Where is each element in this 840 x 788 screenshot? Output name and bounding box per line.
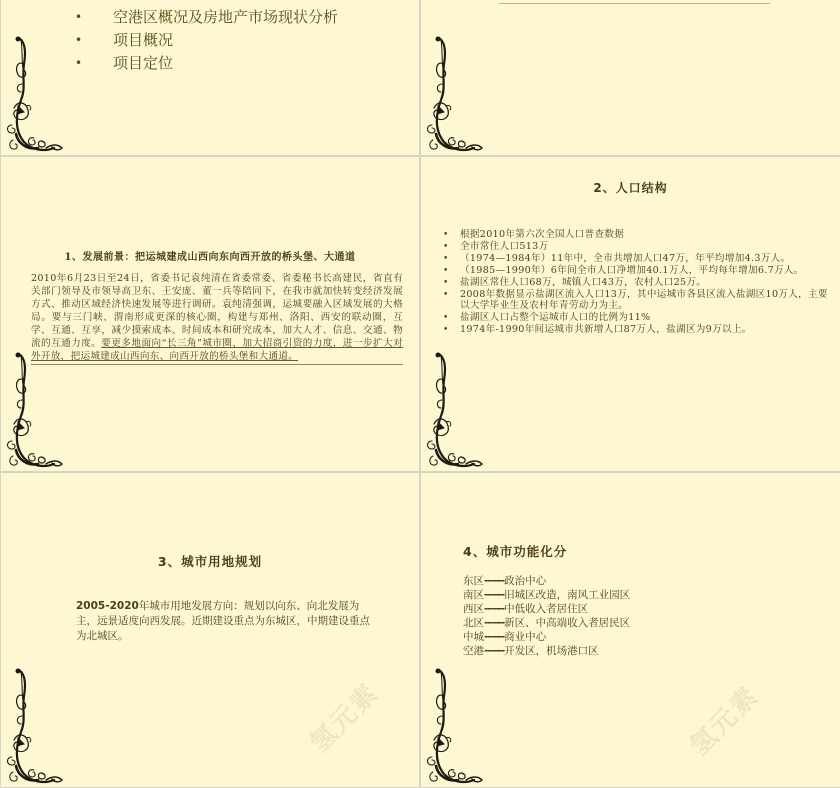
zone-name: 南区 [463,589,484,601]
list-item: •（1974—1984年）11年中，全市共增加人口47万，年平均增加4.3万人。 [443,254,835,265]
list-item-text: 2008年数据显示盐湖区流入人口13万，其中运城市各县区流入盐湖区10万人，主要… [460,290,835,311]
year-range: 2005-2020 [76,600,139,612]
bullet-icon: • [75,56,113,70]
slide-4-population[interactable]: 2、人口结构 •根据2010年第六次全国人口普查数据 •全市常住人口513万 •… [421,157,840,471]
zone-item: 中城------商业中心 [463,630,630,644]
list-item-text: 根据2010年第六次全国人口普查数据 [460,230,624,241]
corner-flourish-icon [4,30,64,155]
list-item: •（1985—1990年）6年间全市人口净增加40.1万人，平均每年增加6.7万… [443,266,835,277]
zone-desc: 新区、中高端收入者居民区 [504,617,630,629]
bullet-icon: • [443,230,460,241]
zone-separator: ------ [484,603,504,615]
bullet-icon: • [443,266,460,277]
zone-item: 南区------旧城区改造，南风工业园区 [463,588,630,602]
list-item-text: 1974年-1990年间运城市共新增人口87万人，盐湖区为9万以上。 [460,325,752,336]
list-item: •2008年数据显示盐湖区流入人口13万，其中运城市各县区流入盐湖区10万人，主… [443,290,835,311]
toc-item: • 项目定位 [75,51,338,74]
corner-flourish-icon [4,346,64,471]
corner-flourish-icon [424,346,484,471]
bullet-icon: • [443,254,460,265]
zone-separator: ------ [484,617,504,629]
toc-item-label: 空港区概况及房地产市场现状分析 [113,6,338,27]
zone-item: 空港------开发区，机场港口区 [463,644,630,658]
slide-5-land-planning[interactable]: 3、城市用地规划 2005-2020年城市用地发展方向：规划以向东、向北发展为主… [1,473,419,787]
divider-line [499,3,770,4]
bullet-icon: • [443,290,460,311]
toc-item-label: 项目概况 [113,29,173,50]
zone-desc: 政治中心 [504,575,546,587]
zone-name: 空港 [463,645,484,657]
slide-1-toc[interactable]: • 空港区概况及房地产市场现状分析 • 项目概况 • 项目定位 [1,0,419,155]
bullet-icon: • [443,313,460,324]
slide-grid: • 空港区概况及房地产市场现状分析 • 项目概况 • 项目定位 1、发展前景：把… [0,0,840,788]
zone-separator: ------ [484,631,504,643]
zone-desc: 中低收入者居住区 [504,603,588,615]
zone-desc: 商业中心 [504,631,546,643]
corner-flourish-icon [424,662,484,787]
slide-title: 4、城市功能化分 [463,542,567,560]
list-item: •盐湖区常住人口68万，城镇人口43万，农村人口25万。 [443,278,835,289]
zone-item: 北区------新区、中高端收入者居民区 [463,616,630,630]
zone-name: 西区 [463,603,484,615]
list-item-text: 盐湖区人口占整个运城市人口的比例为11% [460,313,650,324]
slide-title: 3、城市用地规划 [1,552,419,570]
watermark: 氢元素 [680,677,766,763]
slide-body: 2010年6月23日至24日，省委书记袁纯清在省委常委、省委秘书长高建民，省直有… [31,272,403,365]
list-item-text: 盐湖区常住人口68万，城镇人口43万，农村人口25万。 [460,278,706,289]
zone-separator: ------ [484,645,504,657]
zone-item: 东区------政治中心 [463,574,630,588]
slide-title: 2、人口结构 [421,179,840,196]
bullet-icon: • [75,33,113,47]
bullet-icon: • [443,325,460,336]
list-item-text: （1985—1990年）6年间全市人口净增加40.1万人，平均每年增加6.7万人… [460,266,804,277]
toc-list: • 空港区概况及房地产市场现状分析 • 项目概况 • 项目定位 [75,5,338,74]
slide-6-city-functions[interactable]: 4、城市功能化分 东区------政治中心 南区------旧城区改造，南风工业… [421,473,840,787]
bullet-icon: • [75,10,113,24]
zone-desc: 开发区，机场港口区 [504,645,599,657]
corner-flourish-icon [424,30,484,155]
zone-name: 北区 [463,617,484,629]
zone-list: 东区------政治中心 南区------旧城区改造，南风工业园区 西区----… [463,574,630,658]
zone-separator: ------ [484,589,504,601]
bullet-icon: • [443,242,460,253]
list-item: •盐湖区人口占整个运城市人口的比例为11% [443,313,835,324]
slide-2-blank[interactable] [421,0,840,155]
underline-rule [31,364,403,365]
slide-body: 2005-2020年城市用地发展方向：规划以向东、向北发展为主，远景适度向西发展… [76,599,376,644]
zone-name: 东区 [463,575,484,587]
zone-name: 中城 [463,631,484,643]
list-item: •全市常住人口513万 [443,242,835,253]
list-item-text: （1974—1984年）11年中，全市共增加人口47万，年平均增加4.3万人。 [460,254,790,265]
toc-item: • 项目概况 [75,28,338,51]
bullet-icon: • [443,278,460,289]
slide-title: 1、发展前景：把运城建成山西向东向西开放的桥头堡、大通道 [1,248,419,263]
list-item: •根据2010年第六次全国人口普查数据 [443,230,835,241]
zone-separator: ------ [484,575,504,587]
list-item: •1974年-1990年间运城市共新增人口87万人，盐湖区为9万以上。 [443,325,835,336]
slide-3-development[interactable]: 1、发展前景：把运城建成山西向东向西开放的桥头堡、大通道 2010年6月23日至… [1,157,419,471]
zone-desc: 旧城区改造，南风工业园区 [504,589,630,601]
toc-item: • 空港区概况及房地产市场现状分析 [75,5,338,28]
bullet-list: •根据2010年第六次全国人口普查数据 •全市常住人口513万 •（1974—1… [443,230,835,337]
zone-item: 西区------中低收入者居住区 [463,602,630,616]
list-item-text: 全市常住人口513万 [460,242,548,253]
watermark: 氢元素 [300,674,386,760]
corner-flourish-icon [4,662,64,787]
toc-item-label: 项目定位 [113,52,173,73]
